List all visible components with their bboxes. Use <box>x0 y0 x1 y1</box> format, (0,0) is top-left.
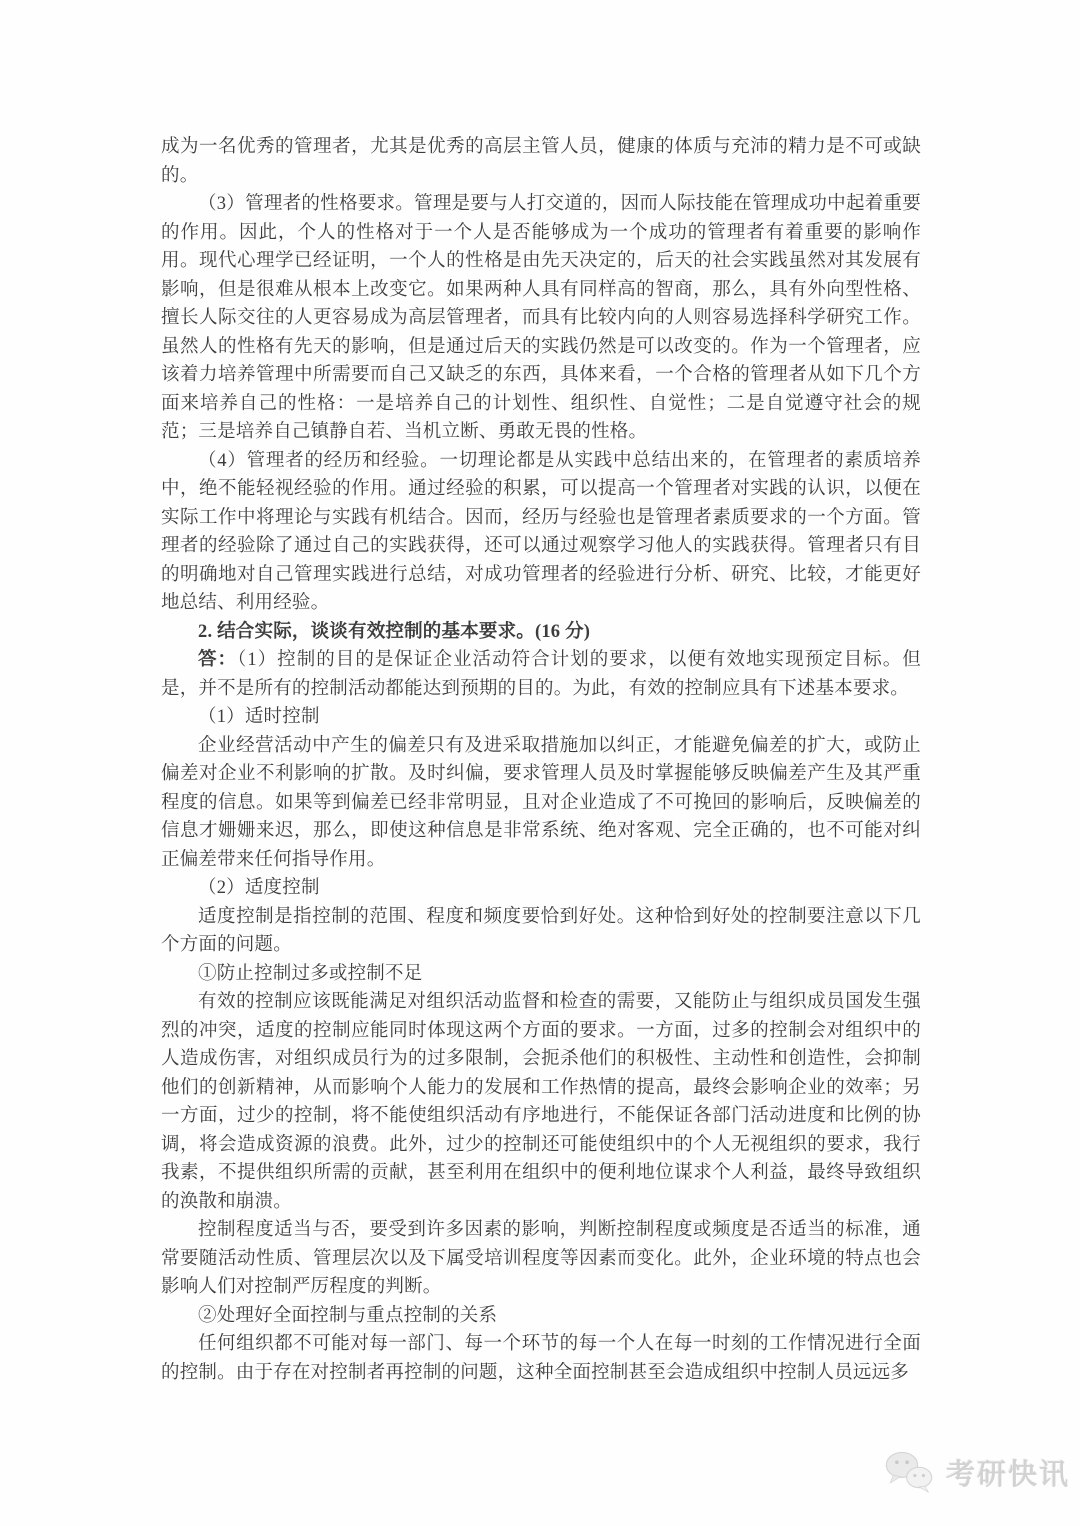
subheading-timely-control: （1）适时控制 <box>161 703 921 732</box>
answer-intro-paragraph: 答：（1）控制的目的是保证企业活动符合计划的要求，以便有效地实现预定目标。但是，… <box>161 646 921 703</box>
paragraph-control-degree-factors: 控制程度适当与否，要受到许多因素的影响，判断控制程度或频度是否适当的标准，通常要… <box>161 1216 921 1302</box>
paragraph-timely-control: 企业经营活动中产生的偏差只有及进采取措施加以纠正，才能避免偏差的扩大，或防止偏差… <box>161 732 921 875</box>
paragraph-comprehensive-control: 任何组织都不可能对每一部门、每一个环节的每一个人在每一时刻的工作情况进行全面的控… <box>161 1330 921 1387</box>
subheading-prevent-over-under-control: ①防止控制过多或控制不足 <box>161 960 921 989</box>
continuation-paragraph: 成为一名优秀的管理者，尤其是优秀的高层主管人员，健康的体质与充沛的精力是不可或缺… <box>161 133 921 190</box>
subheading-comprehensive-vs-key-control: ②处理好全面控制与重点控制的关系 <box>161 1302 921 1331</box>
watermark: 考研快讯 <box>884 1450 1070 1494</box>
answer-lead-label: 答： <box>198 650 237 670</box>
paragraph-moderate-control-intro: 适度控制是指控制的范围、程度和频度要恰到好处。这种恰到好处的控制要注意以下几个方… <box>161 903 921 960</box>
watermark-label: 考研快讯 <box>946 1452 1070 1493</box>
section-3-personality-paragraph: （3）管理者的性格要求。管理是要与人打交道的，因而人际技能在管理成功中起着重要的… <box>161 190 921 447</box>
text-block: 成为一名优秀的管理者，尤其是优秀的高层主管人员，健康的体质与充沛的精力是不可或缺… <box>161 133 921 1387</box>
wechat-icon <box>884 1450 934 1494</box>
section-4-experience-paragraph: （4）管理者的经历和经验。一切理论都是从实践中总结出来的，在管理者的素质培养中，… <box>161 447 921 618</box>
question-2-heading: 2. 结合实际，谈谈有效控制的基本要求。(16 分) <box>161 618 921 647</box>
document-page: 成为一名优秀的管理者，尤其是优秀的高层主管人员，健康的体质与充沛的精力是不可或缺… <box>0 0 1080 1526</box>
paragraph-over-under-control: 有效的控制应该既能满足对组织活动监督和检查的需要，又能防止与组织成员国发生强烈的… <box>161 988 921 1216</box>
subheading-moderate-control: （2）适度控制 <box>161 874 921 903</box>
